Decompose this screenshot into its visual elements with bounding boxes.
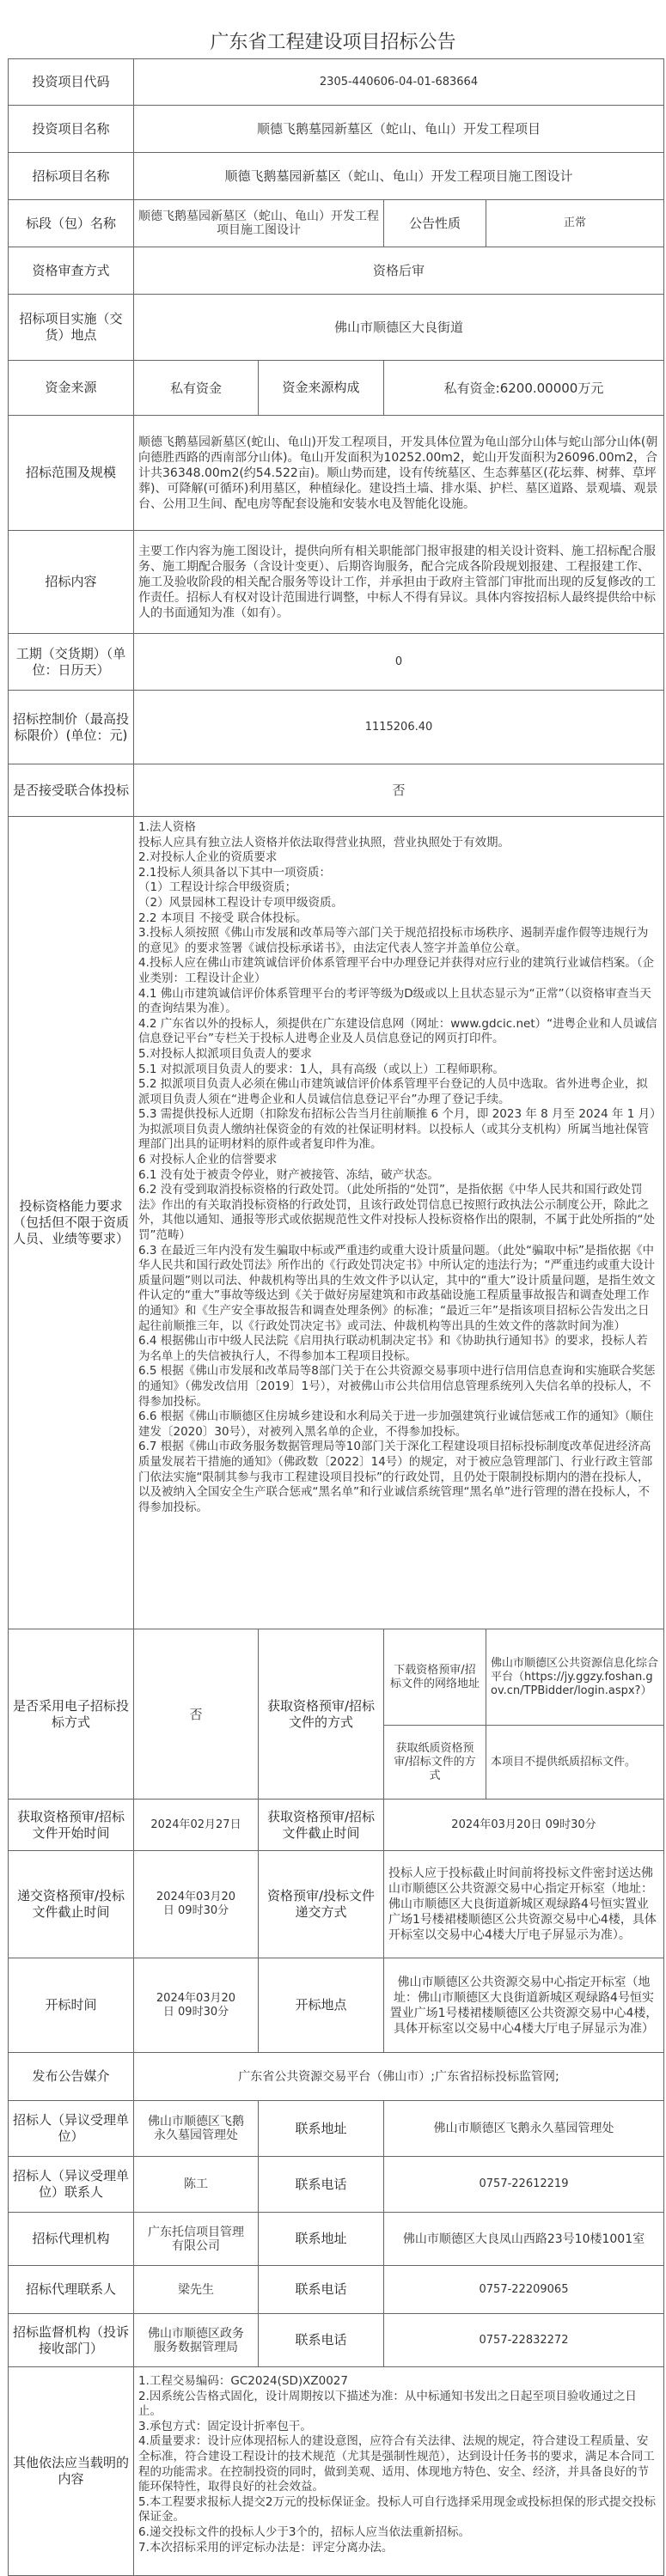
row-supervisor: 招标监督机构（投诉接收部门） 佛山市顺德区政务服务数据管理局 联系电话 0757… xyxy=(9,2314,664,2367)
funds-composition-label: 资金来源构成 xyxy=(259,361,384,416)
obtain-end-label: 获取资格预审/招标文件截止时间 xyxy=(259,1800,384,1851)
row-submit: 递交资格预审/投标文件截止时间 2024年03月20日 09时30分 资格预审/… xyxy=(9,1851,664,1958)
review-value: 资格后审 xyxy=(134,247,664,295)
obtain-start-value: 2024年02月27日 xyxy=(134,1800,259,1851)
content-value: 主要工作内容为施工图设计，提供向所有相关职能部门报审报建的相关设计资料、施工招标… xyxy=(134,531,664,634)
price-label: 招标控制价（最高投标限价）(单位：元) xyxy=(9,691,134,764)
row-agency-contact: 招标代理联系人 梁先生 联系电话 0757-22209065 xyxy=(9,2266,664,2314)
row-funds: 资金来源 私有资金 资金来源构成 私有资金:6200.00000万元 xyxy=(9,361,664,416)
row-electronic-1: 是否采用电子招标投标方式 否 获取资格预审/招标文件的方式 下载资格预审/招标文… xyxy=(9,1629,664,1726)
row-review: 资格审查方式 资格后审 xyxy=(9,247,664,295)
content-label: 招标内容 xyxy=(9,531,134,634)
row-other: 其他依法应当载明的内容 1.工程交易编码：GC2024(SD)XZ0027 2.… xyxy=(9,2367,664,2576)
invest-code-value: 2305-440606-04-01-683664 xyxy=(134,59,664,106)
obtain-start-label: 获取资格预审/招标文件开始时间 xyxy=(9,1800,134,1851)
tenderer-contact-value: 陈工 xyxy=(134,2157,259,2213)
tenderer-contact-label: 招标人（异议受理单位）联系人 xyxy=(9,2157,134,2213)
tenderer-label: 招标人（异议受理单位） xyxy=(9,2101,134,2157)
invest-name-label: 投资项目名称 xyxy=(9,106,134,153)
funds-composition-value: 私有资金:6200.00000万元 xyxy=(384,361,664,416)
agency-addr-value: 佛山市顺德区大良凤山西路23号10楼1001室 xyxy=(384,2213,664,2266)
agency-value: 广东托信项目管理有限公司 xyxy=(134,2213,259,2266)
agency-contact-value: 梁先生 xyxy=(134,2266,259,2314)
tenderer-phone-label: 联系电话 xyxy=(259,2157,384,2213)
qualification-value: 1.法人资格 投标人应具有独立法人资格并依法取得营业执照，营业执照处于有效期。 … xyxy=(134,817,664,1629)
agency-phone-value: 0757-22209065 xyxy=(384,2266,664,2314)
row-qualification: 投标资格能力要求（包括但不限于资质人员、业绩等要求） 1.法人资格 投标人应具有… xyxy=(9,817,664,1629)
row-location: 招标项目实施（交货）地点 佛山市顺德区大良街道 xyxy=(9,295,664,361)
review-label: 资格审查方式 xyxy=(9,247,134,295)
nature-value: 正常 xyxy=(486,200,664,247)
tenderer-phone-value: 0757-22612219 xyxy=(384,2157,664,2213)
other-value: 1.工程交易编码：GC2024(SD)XZ0027 2.因系统公告格式固化，设计… xyxy=(134,2367,664,2576)
opening-time-value: 2024年03月20日 09时30分 xyxy=(134,1958,259,2053)
opening-place-value: 佛山市顺德区公共资源交易中心指定开标室（地址：佛山市顺德区大良街道新城区观绿路4… xyxy=(384,1958,664,2053)
row-opening: 开标时间 2024年03月20日 09时30分 开标地点 佛山市顺德区公共资源交… xyxy=(9,1958,664,2053)
invest-name-value: 顺德飞鹅墓园新墓区（蛇山、龟山）开发工程项目 xyxy=(134,106,664,153)
invest-code-label: 投资项目代码 xyxy=(9,59,134,106)
supervisor-phone-value: 0757-22832272 xyxy=(384,2314,664,2367)
row-period: 工期（交货期）（单位：日历天） 0 xyxy=(9,634,664,691)
price-value: 1115206.40 xyxy=(134,691,664,764)
media-value: 广东省公共资源交易平台（佛山市）;广东省招标投标监管网; xyxy=(134,2053,664,2101)
opening-place-label: 开标地点 xyxy=(259,1958,384,2053)
row-invest-name: 投资项目名称 顺德飞鹅墓园新墓区（蛇山、龟山）开发工程项目 xyxy=(9,106,664,153)
row-section: 标段（包）名称 顺德飞鹅墓园新墓区（蛇山、龟山）开发工程项目施工图设计 公告性质… xyxy=(9,200,664,247)
agency-contact-label: 招标代理联系人 xyxy=(9,2266,134,2314)
tenderer-value: 佛山市顺德区飞鹅永久墓园管理处 xyxy=(134,2101,259,2157)
row-consortium: 是否接受联合体投标 否 xyxy=(9,764,664,817)
row-agency: 招标代理机构 广东托信项目管理有限公司 联系地址 佛山市顺德区大良凤山西路23号… xyxy=(9,2213,664,2266)
row-obtain-time: 获取资格预审/招标文件开始时间 2024年02月27日 获取资格预审/招标文件截… xyxy=(9,1800,664,1851)
other-label: 其他依法应当载明的内容 xyxy=(9,2367,134,2576)
submit-deadline-value: 2024年03月20日 09时30分 xyxy=(134,1851,259,1958)
funds-value: 私有资金 xyxy=(134,361,259,416)
scope-value: 顺德飞鹅墓园新墓区(蛇山、龟山)开发工程项目，开发具体位置为龟山部分山体与蛇山部… xyxy=(134,416,664,531)
row-tenderer: 招标人（异议受理单位） 佛山市顺德区飞鹅永久墓园管理处 联系地址 佛山市顺德区飞… xyxy=(9,2101,664,2157)
location-label: 招标项目实施（交货）地点 xyxy=(9,295,134,361)
tenderer-addr-value: 佛山市顺德区飞鹅永久墓园管理处 xyxy=(384,2101,664,2157)
section-value: 顺德飞鹅墓园新墓区（蛇山、龟山）开发工程项目施工图设计 xyxy=(134,200,384,247)
funds-label: 资金来源 xyxy=(9,361,134,416)
page-title: 广东省工程建设项目招标公告 xyxy=(0,0,666,58)
paper-label: 获取纸质资格预审/招标文件的方式 xyxy=(384,1726,486,1800)
supervisor-value: 佛山市顺德区政务服务数据管理局 xyxy=(134,2314,259,2367)
consortium-label: 是否接受联合体投标 xyxy=(9,764,134,817)
period-label: 工期（交货期）（单位：日历天） xyxy=(9,634,134,691)
agency-label: 招标代理机构 xyxy=(9,2213,134,2266)
submit-method-value: 投标人应于投标截止时间前将投标文件密封送达佛山市顺德区公共资源交易中心指定开标室… xyxy=(384,1851,664,1958)
obtain-end-value: 2024年03月20日 09时30分 xyxy=(384,1800,664,1851)
row-tenderer-contact: 招标人（异议受理单位）联系人 陈工 联系电话 0757-22612219 xyxy=(9,2157,664,2213)
bid-name-value: 顺德飞鹅墓园新墓区（蛇山、龟山）开发工程项目施工图设计 xyxy=(134,153,664,200)
paper-value: 本项目不提供纸质招标文件。 xyxy=(486,1726,664,1800)
scope-label: 招标范围及规模 xyxy=(9,416,134,531)
row-bid-name: 招标项目名称 顺德飞鹅墓园新墓区（蛇山、龟山）开发工程项目施工图设计 xyxy=(9,153,664,200)
section-label: 标段（包）名称 xyxy=(9,200,134,247)
row-media: 发布公告媒介 广东省公共资源交易平台（佛山市）;广东省招标投标监管网; xyxy=(9,2053,664,2101)
row-content: 招标内容 主要工作内容为施工图设计，提供向所有相关职能部门报审报建的相关设计资料… xyxy=(9,531,664,634)
location-value: 佛山市顺德区大良街道 xyxy=(134,295,664,361)
row-price: 招标控制价（最高投标限价）(单位：元) 1115206.40 xyxy=(9,691,664,764)
electronic-value: 否 xyxy=(134,1629,259,1800)
period-value: 0 xyxy=(134,634,664,691)
bid-name-label: 招标项目名称 xyxy=(9,153,134,200)
electronic-label: 是否采用电子招标投标方式 xyxy=(9,1629,134,1800)
consortium-value: 否 xyxy=(134,764,664,817)
announcement-table: 投资项目代码 2305-440606-04-01-683664 投资项目名称 顺… xyxy=(8,58,664,2576)
agency-phone-label: 联系电话 xyxy=(259,2266,384,2314)
obtain-method-label: 获取资格预审/招标文件的方式 xyxy=(259,1629,384,1800)
submit-deadline-label: 递交资格预审/投标文件截止时间 xyxy=(9,1851,134,1958)
row-invest-code: 投资项目代码 2305-440606-04-01-683664 xyxy=(9,59,664,106)
tenderer-addr-label: 联系地址 xyxy=(259,2101,384,2157)
download-label: 下载资格预审/招标文件的网络地址 xyxy=(384,1629,486,1726)
supervisor-label: 招标监督机构（投诉接收部门） xyxy=(9,2314,134,2367)
row-scope: 招标范围及规模 顺德飞鹅墓园新墓区(蛇山、龟山)开发工程项目，开发具体位置为龟山… xyxy=(9,416,664,531)
media-label: 发布公告媒介 xyxy=(9,2053,134,2101)
nature-label: 公告性质 xyxy=(384,200,486,247)
opening-time-label: 开标时间 xyxy=(9,1958,134,2053)
submit-method-label: 资格预审/投标文件递交方式 xyxy=(259,1851,384,1958)
qualification-label: 投标资格能力要求（包括但不限于资质人员、业绩等要求） xyxy=(9,817,134,1629)
download-link[interactable]: 佛山市顺德区公共资源信息化综合平台（https://jy.ggzy.foshan… xyxy=(486,1629,664,1726)
agency-addr-label: 联系地址 xyxy=(259,2213,384,2266)
supervisor-phone-label: 联系电话 xyxy=(259,2314,384,2367)
